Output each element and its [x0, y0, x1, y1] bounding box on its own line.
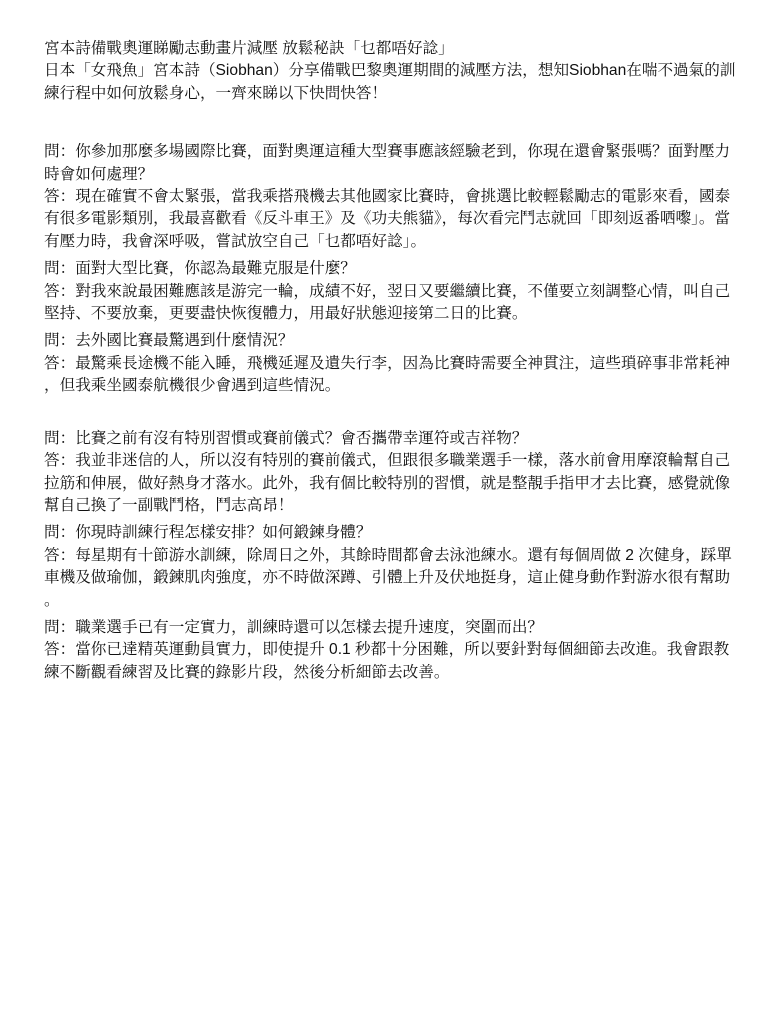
article-body: 宮本詩備戰奧運睇勵志動畫片減壓 放鬆秘訣「乜都唔好諗」 日本「女飛魚」宮本詩（S… — [44, 38, 736, 689]
question-text: 問：去外國比賽最驚遇到什麼情況？ — [44, 330, 736, 352]
question-text: 問：職業選手已有一定實力，訓練時還可以怎樣去提升速度，突圍而出？ — [44, 617, 736, 639]
question-text: 問：你參加那麼多場國際比賽，面對奧運這種大型賽事應該經驗老到，你現在還會緊張嗎？… — [44, 141, 736, 186]
qa-block-3: 問：去外國比賽最驚遇到什麼情況？ 答：最驚乘長途機不能入睡，飛機延遲及遺失行李，… — [44, 330, 736, 397]
article-header: 宮本詩備戰奧運睇勵志動畫片減壓 放鬆秘訣「乜都唔好諗」 日本「女飛魚」宮本詩（S… — [44, 38, 736, 105]
answer-text: 答：現在確實不會太緊張，當我乘搭飛機去其他國家比賽時，會挑選比較輕鬆勵志的電影來… — [44, 186, 736, 253]
question-text: 問：比賽之前有沒有特別習慣或賽前儀式？會否攜帶幸運符或吉祥物？ — [44, 428, 736, 450]
qa-block-2: 問：面對大型比賽，你認為最難克服是什麼？ 答：對我來說最困難應該是游完一輪，成績… — [44, 258, 736, 325]
article-intro: 日本「女飛魚」宮本詩（Siobhan）分享備戰巴黎奧運期間的減壓方法，想知Sio… — [44, 60, 736, 105]
document-page: 宮本詩備戰奧運睇勵志動畫片減壓 放鬆秘訣「乜都唔好諗」 日本「女飛魚」宮本詩（S… — [0, 0, 768, 1024]
answer-text: 答：當你已達精英運動員實力，即使提升 0.1 秒都十分困難，所以要針對每個細節去… — [44, 639, 736, 684]
answer-text: 答：對我來說最困難應該是游完一輪，成績不好，翌日又要繼續比賽，不僅要立刻調整心情… — [44, 281, 736, 326]
question-text: 問：面對大型比賽，你認為最難克服是什麼？ — [44, 258, 736, 280]
answer-text: 答：我並非迷信的人，所以沒有特別的賽前儀式，但跟很多職業選手一樣，落水前會用摩滾… — [44, 450, 736, 517]
answer-text: 答：每星期有十節游水訓練，除周日之外，其餘時間都會去泳池練水。還有每個周做 2 … — [44, 545, 736, 612]
qa-block-5: 問：你現時訓練行程怎樣安排？如何鍛鍊身體？ 答：每星期有十節游水訓練，除周日之外… — [44, 522, 736, 612]
article-title: 宮本詩備戰奧運睇勵志動畫片減壓 放鬆秘訣「乜都唔好諗」 — [44, 38, 736, 60]
answer-text: 答：最驚乘長途機不能入睡，飛機延遲及遺失行李，因為比賽時需要全神貫注，這些瑣碎事… — [44, 353, 736, 398]
qa-block-4: 問：比賽之前有沒有特別習慣或賽前儀式？會否攜帶幸運符或吉祥物？ 答：我並非迷信的… — [44, 428, 736, 518]
question-text: 問：你現時訓練行程怎樣安排？如何鍛鍊身體？ — [44, 522, 736, 544]
qa-block-1: 問：你參加那麼多場國際比賽，面對奧運這種大型賽事應該經驗老到，你現在還會緊張嗎？… — [44, 141, 736, 253]
qa-block-6: 問：職業選手已有一定實力，訓練時還可以怎樣去提升速度，突圍而出？ 答：當你已達精… — [44, 617, 736, 684]
